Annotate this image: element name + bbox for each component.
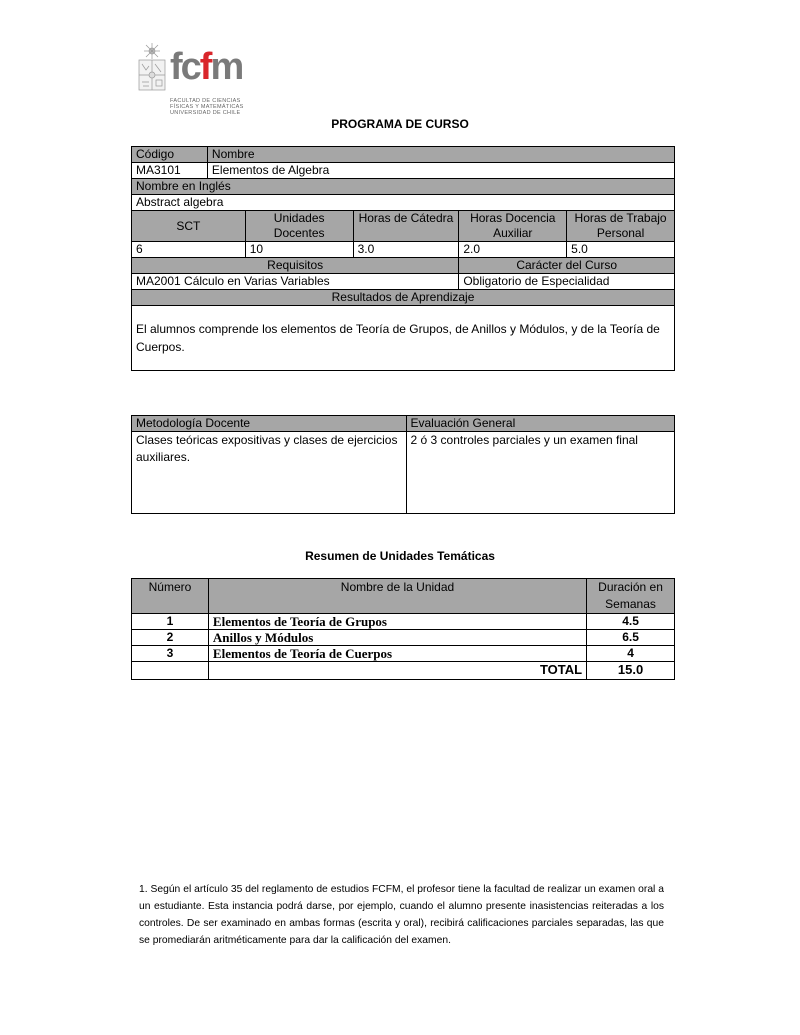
personal-hours-label: Horas de Trabajo Personal [567,211,675,242]
outcomes-text: El alumnos comprende los elementos de Te… [132,306,675,371]
requirements-label: Requisitos [132,258,459,274]
unit-name: Elementos de Teoría de Cuerpos [208,646,586,662]
empty-cell [132,662,209,680]
methodology-table: Metodología Docente Evaluación General C… [131,415,675,514]
methodology-text: Clases teóricas expositivas y clases de … [132,432,407,514]
unit-weeks: 6.5 [587,630,675,646]
units-table: Número Nombre de la Unidad Duración en S… [131,578,675,680]
footnote: 1. Según el artículo 35 del reglamento d… [139,881,664,949]
table-row: 3 Elementos de Teoría de Cuerpos 4 [132,646,675,662]
table-row: 1 Elementos de Teoría de Grupos 4.5 [132,614,675,630]
aux-hours-value: 2.0 [459,242,567,258]
unit-weeks: 4 [587,646,675,662]
evaluation-text: 2 ó 3 controles parciales y un examen fi… [406,432,675,514]
total-label: TOTAL [208,662,586,680]
name-label: Nombre [207,147,674,163]
lecture-hours-label: Horas de Cátedra [353,211,459,242]
university-shield-icon [136,42,168,92]
fcfm-logo: fcfm FACULTAD DE CIENCIAS FÍSICAS Y MATE… [136,42,256,120]
duration-header: Duración en Semanas [587,579,675,614]
fcfm-wordmark: fcfm [170,48,242,86]
unit-name: Elementos de Teoría de Grupos [208,614,586,630]
unit-number: 2 [132,630,209,646]
sct-value: 6 [132,242,246,258]
course-name: Elementos de Algebra [207,163,674,179]
personal-hours-value: 5.0 [567,242,675,258]
requirements-value: MA2001 Cálculo en Varias Variables [132,274,459,290]
code-label: Código [132,147,208,163]
total-weeks: 15.0 [587,662,675,680]
outcomes-label: Resultados de Aprendizaje [132,290,675,306]
total-row: TOTAL 15.0 [132,662,675,680]
character-label: Carácter del Curso [459,258,675,274]
lecture-hours-value: 3.0 [353,242,459,258]
aux-hours-label: Horas Docencia Auxiliar [459,211,567,242]
course-info-table: Código Nombre MA3101 Elementos de Algebr… [131,146,675,371]
table-row: 2 Anillos y Módulos 6.5 [132,630,675,646]
unit-name-header: Nombre de la Unidad [208,579,586,614]
unit-number: 3 [132,646,209,662]
faculty-name: FACULTAD DE CIENCIAS FÍSICAS Y MATEMÁTIC… [170,98,260,116]
course-code: MA3101 [132,163,208,179]
unit-name: Anillos y Módulos [208,630,586,646]
unit-weeks: 4.5 [587,614,675,630]
teaching-units-value: 10 [245,242,353,258]
english-name-label: Nombre en Inglés [132,179,675,195]
sct-label: SCT [132,211,246,242]
methodology-label: Metodología Docente [132,416,407,432]
teaching-units-label: Unidades Docentes [245,211,353,242]
english-name: Abstract algebra [132,195,675,211]
character-value: Obligatorio de Especialidad [459,274,675,290]
unit-number: 1 [132,614,209,630]
number-header: Número [132,579,209,614]
evaluation-label: Evaluación General [406,416,675,432]
page-title: PROGRAMA DE CURSO [0,117,800,131]
units-summary-title: Resumen de Unidades Temáticas [0,549,800,563]
